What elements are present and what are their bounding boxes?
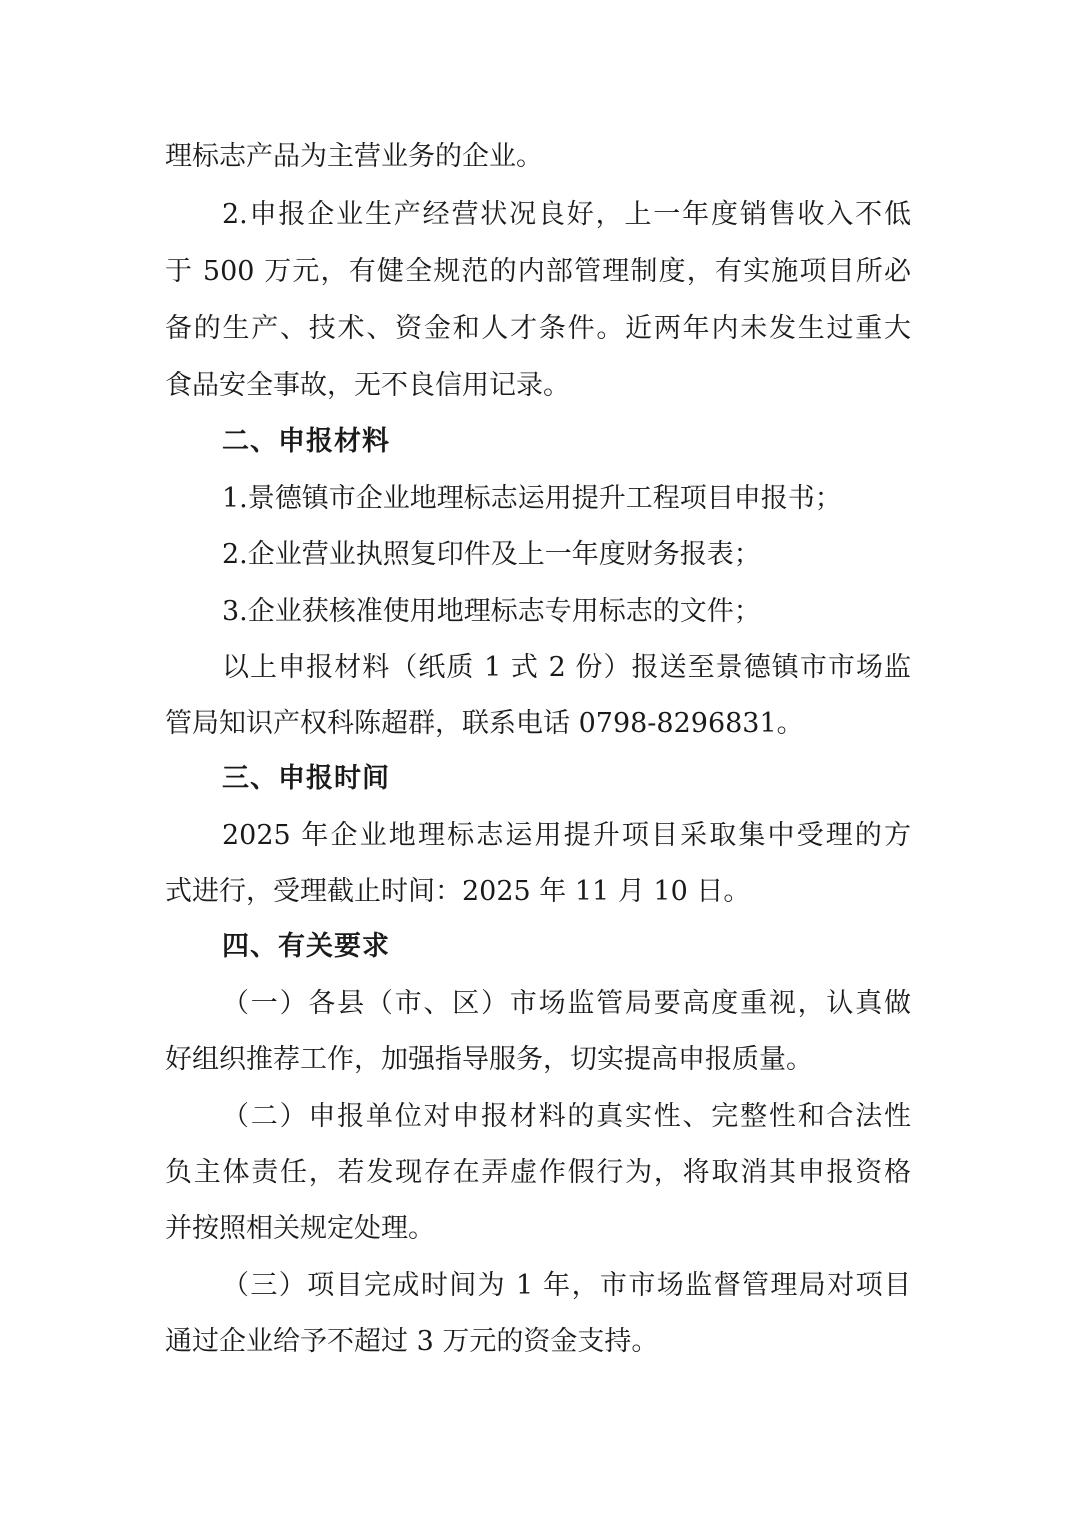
list-item: 1.景德镇市企业地理标志运用提升工程项目申报书；	[222, 479, 911, 519]
paragraph-line: 负主体责任，若发现存在弄虚作假行为，将取消其申报资格	[165, 1153, 911, 1193]
section-heading-timeline: 三、申报时间	[222, 759, 422, 799]
list-item: 3.企业获核准使用地理标志专用标志的文件；	[222, 592, 911, 632]
list-item: 2.企业营业执照复印件及上一年度财务报表；	[222, 535, 911, 575]
paragraph-line: 2025 年企业地理标志运用提升项目采取集中受理的方	[222, 816, 911, 856]
section-heading-requirements: 四、有关要求	[222, 927, 422, 967]
paragraph-line: （三）项目完成时间为 1 年，市市场监督管理局对项目	[222, 1266, 911, 1306]
paragraph-line: 理标志产品为主营业务的企业。	[165, 137, 911, 177]
paragraph-line: 通过企业给予不超过 3 万元的资金支持。	[165, 1322, 911, 1362]
section-heading-materials: 二、申报材料	[222, 422, 422, 462]
paragraph-line: 并按照相关规定处理。	[165, 1209, 911, 1249]
paragraph-line: 于 500 万元，有健全规范的内部管理制度，有实施项目所必	[165, 252, 911, 292]
paragraph-line: 式进行，受理截止时间：2025 年 11 月 10 日。	[165, 872, 911, 912]
document-page: 理标志产品为主营业务的企业。 2.申报企业生产经营状况良好，上一年度销售收入不低…	[0, 0, 1074, 1520]
paragraph-line: 管局知识产权科陈超群，联系电话 0798-8296831。	[165, 704, 911, 744]
paragraph-line: 食品安全事故，无不良信用记录。	[165, 366, 911, 406]
paragraph-line: （二）申报单位对申报材料的真实性、完整性和合法性	[222, 1097, 911, 1137]
paragraph-line: 2.申报企业生产经营状况良好，上一年度销售收入不低	[222, 195, 911, 235]
paragraph-line: 以上申报材料（纸质 1 式 2 份）报送至景德镇市市场监	[222, 648, 911, 688]
paragraph-line: 好组织推荐工作，加强指导服务，切实提高申报质量。	[165, 1040, 911, 1080]
paragraph-line: （一）各县（市、区）市场监管局要高度重视，认真做	[222, 984, 911, 1024]
paragraph-line: 备的生产、技术、资金和人才条件。近两年内未发生过重大	[165, 309, 911, 349]
